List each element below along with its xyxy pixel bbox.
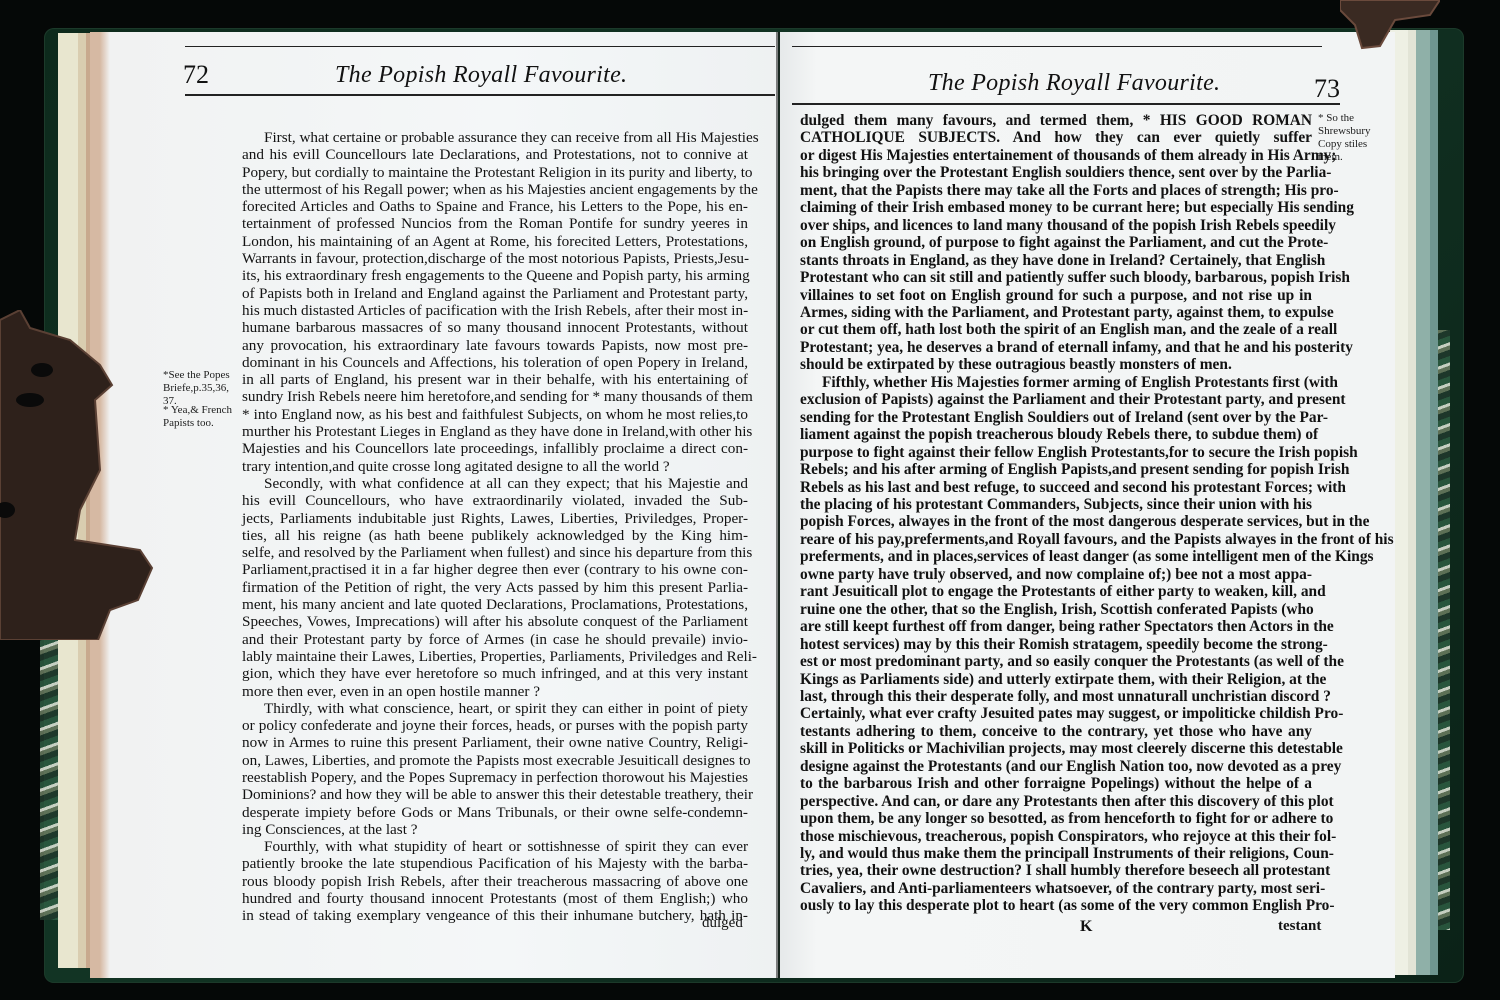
text-line: Majesties and his Councellors late proce…: [242, 440, 748, 457]
page-edges-right: [1390, 30, 1438, 975]
text-line: Parliament,practised it in a far higher …: [242, 561, 748, 578]
text-line: ment, that the Papists there may take al…: [800, 182, 1312, 199]
text-line: Armes, siding with the Parliament, and P…: [800, 304, 1312, 321]
text-line: preferments, and in places,services of l…: [800, 548, 1312, 565]
text-line: rant Jesuiticall plot to engage the Prot…: [800, 583, 1312, 600]
head-rule-top: [185, 46, 775, 47]
text-line: exclusion of Papists) against the Parlia…: [800, 391, 1312, 408]
text-line: last, through this their desperate folly…: [800, 688, 1312, 705]
text-line: CATHOLIQUE SUBJECTS. And how they can ev…: [800, 129, 1312, 146]
running-head: The Popish Royall Favourite.: [335, 62, 627, 89]
text-line: over ships, and licences to land many th…: [800, 217, 1312, 234]
metal-clasp-left: [0, 310, 160, 640]
text-line: or digest His Majesties entertainement o…: [800, 147, 1312, 164]
text-line: Rebels as his last and best refuge, to s…: [800, 479, 1312, 496]
text-line: reestablish Popery, and the Popes Suprem…: [242, 769, 748, 786]
text-line: villaines to set foot on English ground …: [800, 287, 1312, 304]
text-line: desperate impiety before Gods or Mans Tr…: [242, 804, 748, 821]
text-line: ties, all his reigne (as hath beene publ…: [242, 527, 748, 544]
text-line: popish Forces, alwayes in the front of t…: [800, 513, 1312, 530]
text-line: on, Lawes, Liberties, and promote the Pa…: [242, 752, 748, 769]
text-line: sundry Irish Rebels neere him heretofore…: [242, 388, 748, 405]
text-line: rous bloody popish Irish Rebels, after t…: [242, 873, 748, 890]
text-line: ment, his many ancient and late quoted D…: [242, 596, 748, 613]
text-line: dominant in his Councels and Affections,…: [242, 354, 748, 371]
text-line: ly, and would thus make them the princip…: [800, 845, 1312, 862]
text-line: * into England now, as his best and fait…: [242, 406, 748, 423]
text-line: ously to lay this desperate plot to hear…: [800, 897, 1312, 914]
text-line: upon them, be any longer so besotted, as…: [800, 810, 1312, 827]
text-line: dulged them many favours, and termed the…: [800, 112, 1312, 129]
signature-mark: K: [1080, 918, 1092, 936]
metal-clasp-top: [1340, 0, 1440, 52]
text-line: Dominions? and how they will be able to …: [242, 786, 748, 803]
right-page-body: dulged them many favours, and termed the…: [800, 112, 1312, 915]
text-line: Certainly, what ever crafty Jesuited pat…: [800, 705, 1312, 722]
head-rule-bottom: [185, 94, 775, 96]
text-line: his much distasted Articles of pacificat…: [242, 302, 748, 319]
text-line: designe against the Protestants (and our…: [800, 758, 1312, 775]
left-page: 72 The Popish Royall Favourite. *See the…: [90, 32, 778, 978]
text-line: lably maintaine their Lawes, Liberties, …: [242, 648, 748, 665]
text-line: ruine one the other, that so the English…: [800, 601, 1312, 618]
text-line: on English ground, of purpose to fight a…: [800, 234, 1312, 251]
text-line: now in Armes to ruine this present Parli…: [242, 734, 748, 751]
text-line: its, his extraordinary fresh engagements…: [242, 267, 748, 284]
text-line: to the barbarous Irish and other forraig…: [800, 775, 1312, 792]
text-line: his bringing over the Protestant English…: [800, 164, 1312, 181]
text-line: tertainment of professed Nuncios from th…: [242, 215, 748, 232]
text-line: Secondly, with what confidence at all ca…: [242, 475, 748, 492]
text-line: Warrants in favour, protection,discharge…: [242, 250, 748, 267]
right-page: The Popish Royall Favourite. 73 * So the…: [780, 32, 1395, 978]
text-line: any provocation, his extraordinary late …: [242, 337, 748, 354]
text-line: ing Consciences, at the last ?: [242, 821, 748, 838]
text-line: of Papists both in Ireland and England a…: [242, 285, 748, 302]
left-page-body: First, what certaine or probable assuran…: [242, 129, 748, 925]
text-line: or cut them off, hath lost both the spir…: [800, 321, 1312, 338]
text-line: his evill Councellours, who have extraor…: [242, 492, 748, 509]
text-line: Speeches, Vowes, Imprecations) will afte…: [242, 613, 748, 630]
text-line: jects, Parliaments indubitable just Righ…: [242, 510, 748, 527]
page-number: 73: [1314, 74, 1340, 104]
text-line: purpose to fight against their fellow En…: [800, 444, 1312, 461]
text-line: trary intention,and quite crosse long ag…: [242, 458, 748, 475]
text-line: more then ever, even in an open hostile …: [242, 683, 748, 700]
text-line: in stead of taking exemplary vengeance o…: [242, 907, 748, 924]
text-line: liament against the popish treacherous b…: [800, 426, 1312, 443]
text-line: are still keept furthest off from danger…: [800, 618, 1312, 635]
text-line: reare of his pay,preferments,and Royall …: [800, 531, 1312, 548]
margin-note-french-papists: * Yea,& French Papists too.: [163, 404, 243, 430]
head-rule-top: [792, 46, 1322, 47]
text-line: Kings as Parliaments side) and utterly e…: [800, 671, 1312, 688]
catchword: testant: [1278, 918, 1321, 935]
text-line: Rebels; and his after arming of English …: [800, 461, 1312, 478]
text-line: the placing of his protestant Commanders…: [800, 496, 1312, 513]
text-line: est or most predominant party, and so ea…: [800, 653, 1312, 670]
text-line: First, what certaine or probable assuran…: [242, 129, 748, 146]
catchword: dulged: [702, 915, 743, 932]
text-line: hundred and fourty thousand innocent Pro…: [242, 890, 748, 907]
text-line: perspective. And can, or dare any Protes…: [800, 793, 1312, 810]
text-line: skill in Politicks or Machivilian projec…: [800, 740, 1312, 757]
text-line: forecited Articles and Oaths to Spaine a…: [242, 198, 748, 215]
text-line: London, his maintaining of an Agent at R…: [242, 233, 748, 250]
text-line: humane barbarous massacres of so many th…: [242, 319, 748, 336]
text-line: Fourthly, with what stupidity of heart o…: [242, 838, 748, 855]
text-line: Cavaliers, and Anti-parliamenteers whats…: [800, 880, 1312, 897]
margin-note-popes-briefe: *See the Popes Briefe,p.35,36, 37.: [163, 369, 243, 408]
text-line: murther his Protestant Lieges in England…: [242, 423, 748, 440]
text-line: Fifthly, whether His Majesties former ar…: [800, 374, 1312, 391]
page-number: 72: [183, 60, 209, 90]
text-line: claiming of their Irish embased money to…: [800, 199, 1312, 216]
text-line: firmation of the Petition of right, the …: [242, 579, 748, 596]
head-rule-bottom: [792, 103, 1340, 105]
text-line: stants throats in England, as they have …: [800, 252, 1312, 269]
text-line: hotest services) may by this their Romis…: [800, 636, 1312, 653]
text-line: in all parts of England, his present war…: [242, 371, 748, 388]
text-line: gion, which they have ever heretofore so…: [242, 665, 748, 682]
text-line: Popery, but cordially to maintaine the P…: [242, 164, 748, 181]
text-line: testants adhering to them, conceive to t…: [800, 723, 1312, 740]
text-line: Protestant; yea, he deserves a brand of …: [800, 339, 1312, 356]
text-line: should be extirpated by these outragious…: [800, 356, 1312, 373]
text-line: selfe, and resolved by the Parliament wh…: [242, 544, 748, 561]
text-line: Protestant who can sit still and patient…: [800, 269, 1312, 286]
text-line: those mischievous, treacherous, popish C…: [800, 828, 1312, 845]
text-line: the uttermost of his Regall power; when …: [242, 181, 748, 198]
text-line: patiently brooke the late stupendious Pa…: [242, 855, 748, 872]
text-line: and their Protestant party by force of A…: [242, 631, 748, 648]
text-line: or policy confederate and joyne their fo…: [242, 717, 748, 734]
text-line: sending for the Protestant English Sould…: [800, 409, 1312, 426]
text-line: and his evill Councellours late Declarat…: [242, 146, 748, 163]
running-head: The Popish Royall Favourite.: [928, 70, 1220, 97]
text-line: Thirdly, with what conscience, heart, or…: [242, 700, 748, 717]
text-line: tries, yea, their owne destruction? I sh…: [800, 862, 1312, 879]
text-line: owne party have truly observed, and now …: [800, 566, 1312, 583]
